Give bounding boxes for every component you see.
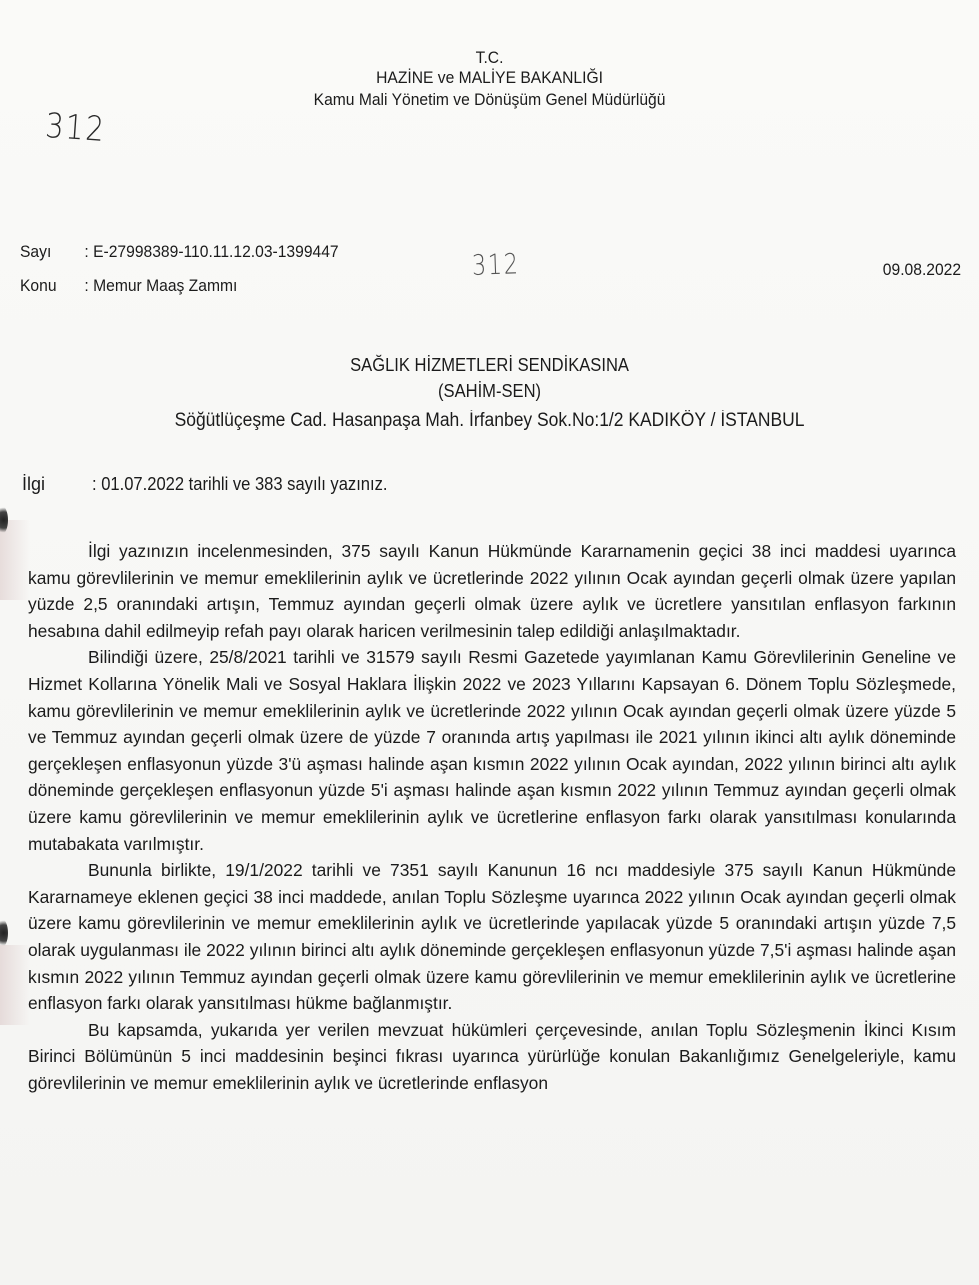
header-ministry: HAZİNE ve MALİYE BAKANLIĞI — [39, 68, 940, 88]
konu-value: : Memur Maaş Zammı — [84, 276, 237, 295]
header-directorate: Kamu Mali Yönetim ve Dönüşüm Genel Müdür… — [39, 90, 940, 110]
reference-line: İlgi: 01.07.2022 tarihli ve 383 sayılı y… — [22, 474, 413, 495]
paragraph: İlgi yazınızın incelenmesinden, 375 sayı… — [28, 538, 956, 644]
paragraph: Bu kapsamda, yukarıda yer verilen mevzua… — [28, 1017, 956, 1097]
binder-hole-icon — [0, 918, 8, 948]
page-smear — [0, 945, 30, 1025]
recipient-abbr: (SAHİM-SEN) — [39, 381, 940, 402]
ilgi-value: : 01.07.2022 tarihli ve 383 sayılı yazın… — [92, 474, 387, 495]
handwritten-number: 312 — [44, 106, 107, 150]
ilgi-label: İlgi — [22, 474, 92, 495]
recipient-name: SAĞLIK HİZMETLERİ SENDİKASINA — [39, 355, 940, 376]
paragraph: Bilindiği üzere, 25/8/2021 tarihli ve 31… — [28, 644, 956, 857]
konu-label: Konu — [20, 276, 84, 296]
header-country: T.C. — [39, 48, 940, 68]
paragraph: Bununla birlikte, 19/1/2022 tarihli ve 7… — [28, 857, 956, 1017]
document-date: 09.08.2022 — [883, 260, 961, 280]
recipient-address: Söğütlüçeşme Cad. Hasanpaşa Mah. İrfanbe… — [39, 410, 940, 432]
document-number: Sayı: E-27998389-110.11.12.03-1399447 — [20, 242, 339, 262]
document-page: T.C. HAZİNE ve MALİYE BAKANLIĞI Kamu Mal… — [0, 0, 979, 1285]
document-subject: Konu: Memur Maaş Zammı — [20, 276, 237, 296]
letter-body: İlgi yazınızın incelenmesinden, 375 sayı… — [28, 538, 956, 1096]
sayi-value: : E-27998389-110.11.12.03-1399447 — [84, 242, 338, 261]
handwritten-number-secondary: 312 — [471, 247, 520, 282]
sayi-label: Sayı — [20, 242, 84, 262]
